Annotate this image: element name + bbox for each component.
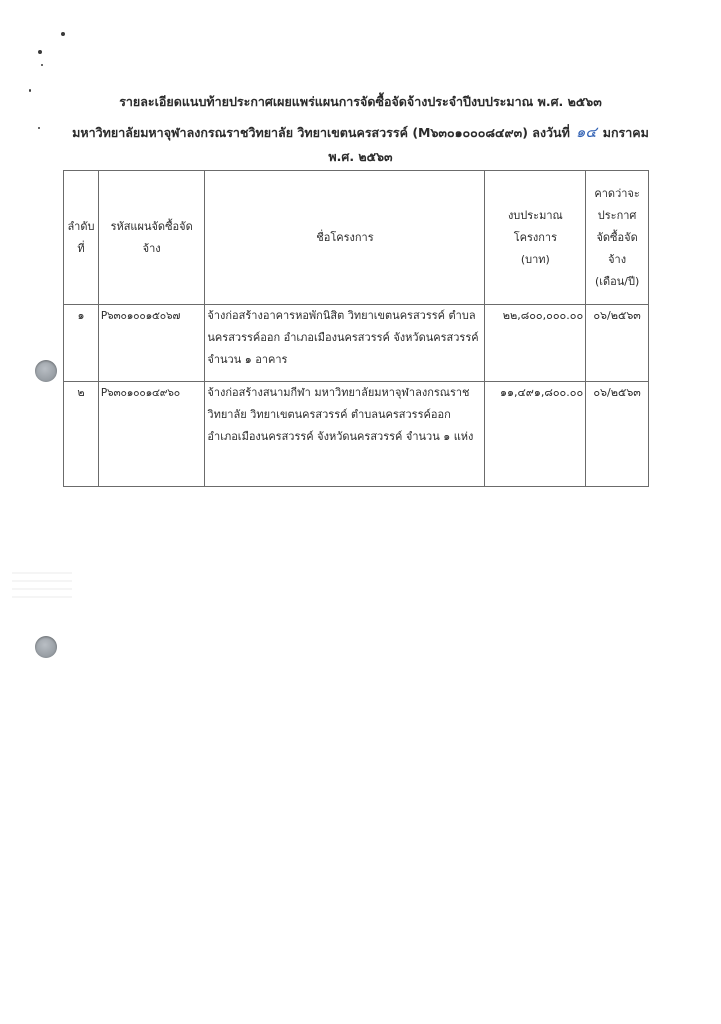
cell-project-name: จ้างก่อสร้างอาคารหอพักนิสิต วิทยาเขตนครส… [205, 305, 485, 382]
header-project-name: ชื่อโครงการ [205, 171, 485, 305]
table-row: ๒ P๖๓๐๑๐๐๑๔๙๖๐ จ้างก่อสร้างสนามกีฬา มหาว… [64, 382, 649, 487]
subtitle-prefix: มหาวิทยาลัยมหาจุฬาลงกรณราชวิทยาลัย วิทยา… [72, 125, 570, 140]
header-announce-line: (เดือน/ปี) [588, 271, 646, 293]
cell-plan-code: P๖๓๐๑๐๐๑๔๙๖๐ [98, 382, 204, 487]
cell-expected-announce: ๐๖/๒๕๖๓ [586, 382, 649, 487]
header-seq-line: ลำดับ [66, 216, 96, 238]
procurement-plan-table: ลำดับ ที่ รหัสแผนจัดซื้อจัด จ้าง ชื่อโคร… [63, 170, 649, 487]
punch-hole-icon [35, 636, 57, 658]
punch-hole-icon [35, 360, 57, 382]
cell-budget: ๑๑,๔๙๑,๘๐๐.๐๐ [485, 382, 586, 487]
cell-seq: ๒ [64, 382, 99, 487]
cell-project-name: จ้างก่อสร้างสนามกีฬา มหาวิทยาลัยมหาจุฬาล… [205, 382, 485, 487]
header-budget-line: โครงการ [487, 227, 583, 249]
bleed-through-mark [12, 568, 72, 598]
header-budget-line: งบประมาณ [487, 205, 583, 227]
scan-speck [38, 50, 42, 54]
table-header-row: ลำดับ ที่ รหัสแผนจัดซื้อจัด จ้าง ชื่อโคร… [64, 171, 649, 305]
header-budget-line: (บาท) [487, 249, 583, 271]
header-announce-line: จ้าง [588, 249, 646, 271]
document-subtitle: มหาวิทยาลัยมหาจุฬาลงกรณราชวิทยาลัย วิทยา… [0, 120, 721, 144]
cell-budget: ๒๒,๘๐๐,๐๐๐.๐๐ [485, 305, 586, 382]
subtitle-month: มกราคม [603, 125, 649, 140]
header-announce-line: จัดซื้อจัด [588, 227, 646, 249]
header-expected-announce: คาดว่าจะ ประกาศ จัดซื้อจัด จ้าง (เดือน/ป… [586, 171, 649, 305]
cell-seq: ๑ [64, 305, 99, 382]
scan-speck [61, 32, 65, 36]
table-row: ๑ P๖๓๐๑๐๐๑๕๐๖๗ จ้างก่อสร้างอาคารหอพักนิส… [64, 305, 649, 382]
header-plan-code-line: รหัสแผนจัดซื้อจัด [101, 216, 202, 238]
header-seq: ลำดับ ที่ [64, 171, 99, 305]
document-year: พ.ศ. ๒๕๖๓ [0, 147, 721, 167]
header-plan-code: รหัสแผนจัดซื้อจัด จ้าง [98, 171, 204, 305]
header-plan-code-line: จ้าง [101, 238, 202, 260]
handwritten-day: ๑๔ [576, 123, 597, 141]
header-announce-line: ประกาศ [588, 205, 646, 227]
cell-expected-announce: ๐๖/๒๕๖๓ [586, 305, 649, 382]
document-title: รายละเอียดแนบท้ายประกาศเผยแพร่แผนการจัดซ… [0, 92, 721, 112]
cell-plan-code: P๖๓๐๑๐๐๑๕๐๖๗ [98, 305, 204, 382]
header-budget: งบประมาณ โครงการ (บาท) [485, 171, 586, 305]
header-seq-line: ที่ [66, 238, 96, 260]
scan-speck [41, 64, 43, 66]
header-announce-line: คาดว่าจะ [588, 183, 646, 205]
